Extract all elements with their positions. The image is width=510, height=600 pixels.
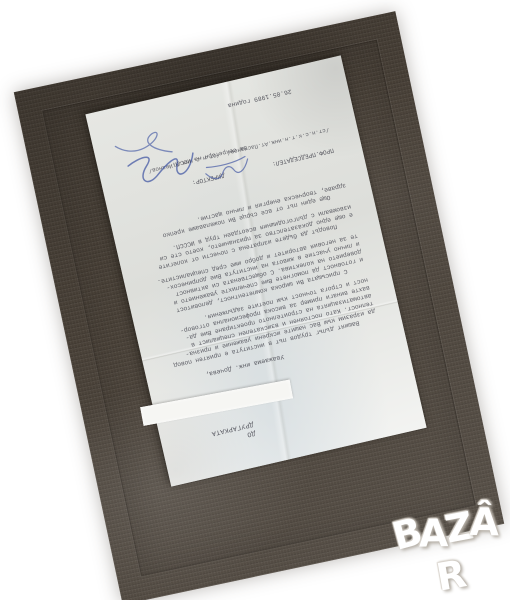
logo-letter: A xyxy=(419,511,446,555)
logo-letter: R xyxy=(433,552,467,600)
addressee-block: ДО ДРУГАРКАТА xyxy=(176,419,256,454)
correction-tape-strip xyxy=(140,380,293,426)
bazar-watermark-logo: BAZÂR xyxy=(382,502,510,600)
photo-canvas: ДО ДРУГАРКАТА Уважаема инж. Дочева, Ваши… xyxy=(0,0,510,600)
logo-letter: Â xyxy=(469,500,496,544)
letter-body: Вашият дълъг трудов път в института е пр… xyxy=(131,175,377,371)
